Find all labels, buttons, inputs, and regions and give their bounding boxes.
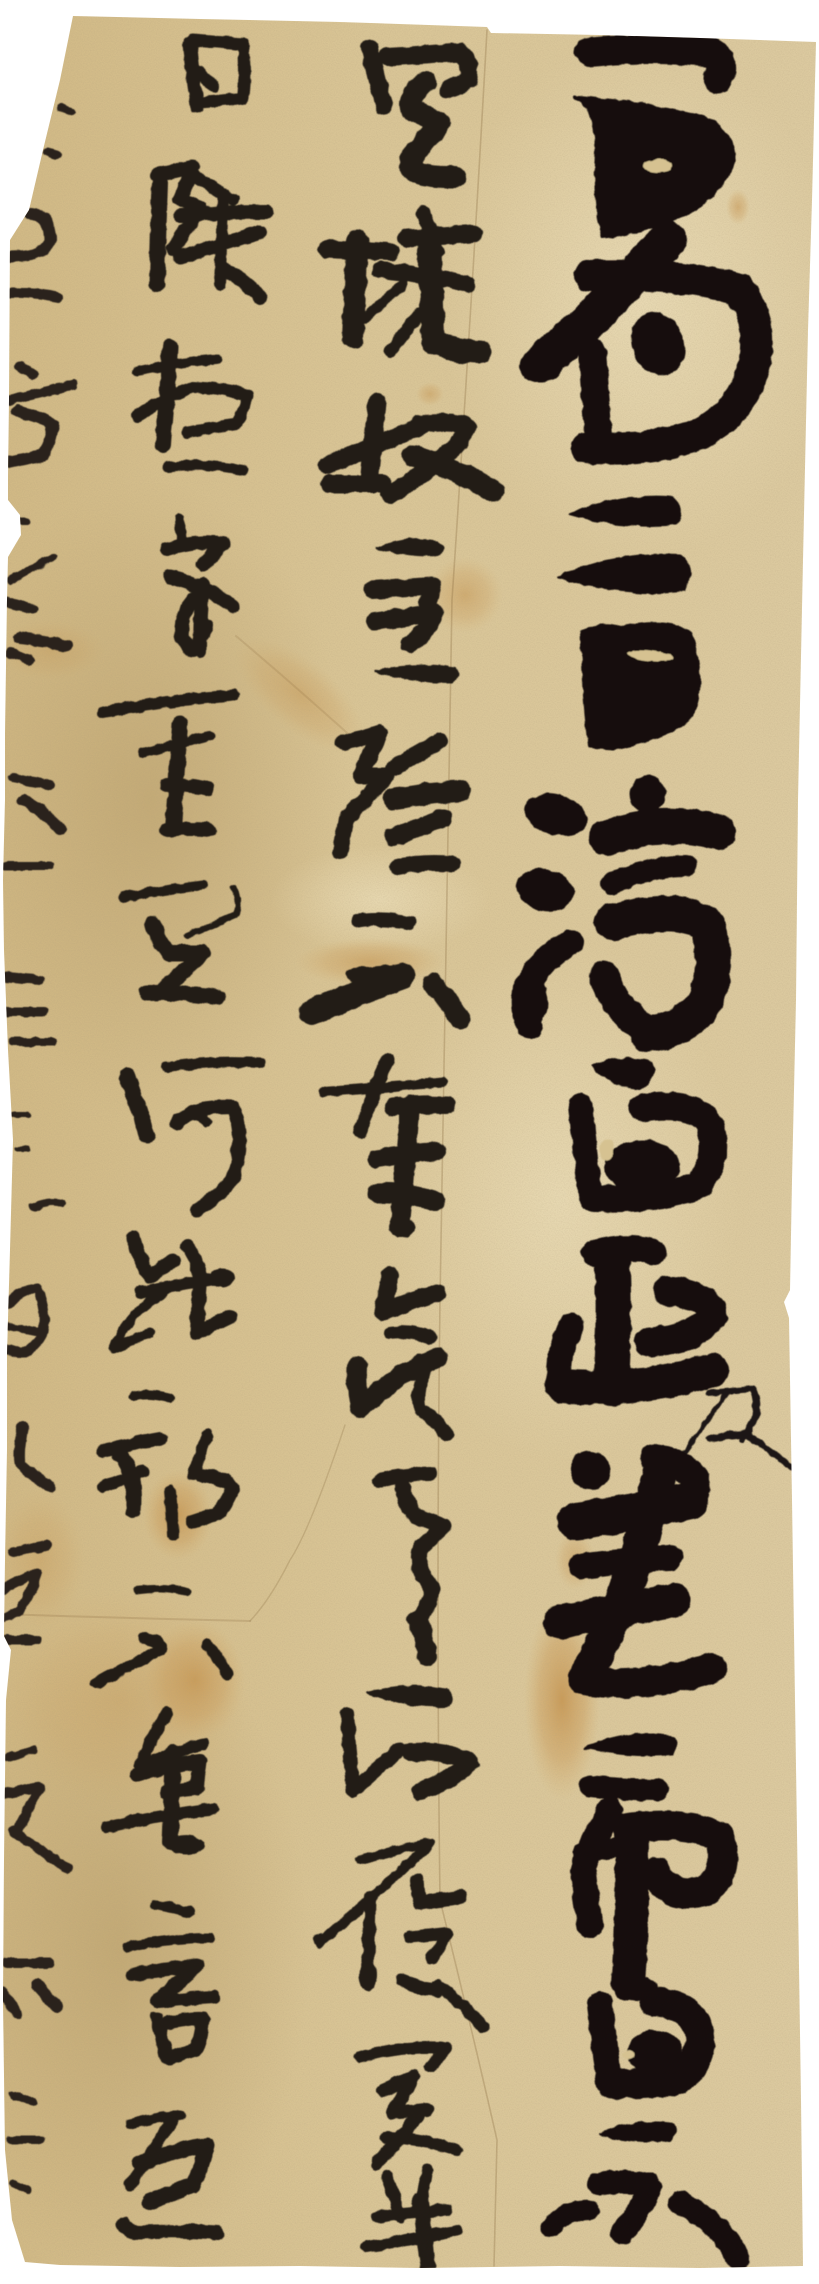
brush-stroke (347, 1713, 353, 1791)
dry-brush-gap (643, 160, 673, 172)
brush-stroke (592, 352, 598, 440)
ink-blot (359, 1959, 377, 1991)
brush-stroke (353, 971, 405, 975)
brush-stroke (628, 1830, 633, 1984)
brush-stroke (33, 1203, 62, 1207)
brush-stroke (180, 518, 181, 542)
brush-stroke (13, 778, 50, 785)
brush-stroke (407, 234, 473, 238)
dry-brush-gap (622, 2051, 634, 2059)
brush-stroke (10, 653, 30, 660)
brush-stroke (157, 183, 160, 285)
brush-stroke (377, 2210, 447, 2217)
brush-stroke (47, 152, 57, 155)
brush-stroke (562, 1370, 712, 1387)
brush-stroke (170, 1753, 173, 1842)
ink-blot (313, 1933, 327, 1947)
brush-stroke (420, 2200, 428, 2266)
dry-brush-gap (600, 1139, 614, 1161)
brush-stroke (10, 293, 58, 297)
brush-stroke (13, 1545, 47, 1552)
brush-stroke (133, 1394, 170, 1398)
brush-stroke (584, 1668, 712, 1683)
brush-stroke (590, 1786, 658, 1790)
brush-stroke (167, 785, 207, 789)
brush-stroke (123, 2224, 217, 2233)
brush-stroke (170, 1491, 173, 1534)
brush-stroke (167, 1062, 260, 1067)
brush-stroke (610, 1258, 613, 1388)
ink-blot (209, 1269, 235, 1287)
brush-stroke (7, 602, 33, 609)
brush-stroke (607, 826, 718, 838)
ink-blot (627, 2030, 683, 2074)
ink-blot (630, 775, 666, 813)
brush-stroke (397, 863, 453, 867)
brush-stroke (708, 1389, 753, 1393)
brush-stroke (390, 1332, 430, 1337)
ink-blot (604, 1140, 680, 1192)
ink-blot (168, 1835, 204, 1855)
brush-stroke (358, 919, 410, 923)
brush-stroke (353, 241, 357, 338)
brush-stroke (60, 108, 72, 112)
brush-stroke (20, 367, 33, 374)
ink-blot (389, 1218, 415, 1238)
brush-stroke (400, 1105, 410, 1226)
ink-blot (519, 349, 563, 383)
brush-stroke (393, 791, 460, 799)
manuscript-svg: 五月二日濟白正羌帝曰示 五 月 二 (0, 0, 819, 2284)
ink-blot (514, 976, 548, 1028)
brush-stroke (173, 724, 180, 830)
brush-stroke (418, 1620, 427, 1656)
brush-stroke (583, 1872, 590, 1925)
brush-stroke (167, 465, 243, 470)
brush-stroke (157, 1905, 190, 1912)
brush-stroke (380, 1474, 430, 1481)
brush-stroke (137, 1588, 187, 1592)
brush-stroke (167, 829, 210, 830)
brush-stroke (7, 977, 40, 980)
brush-stroke (580, 1105, 590, 1195)
manuscript-photo: 五月二日濟白正羌帝曰示 五 月 二 (0, 0, 819, 2284)
brush-stroke (147, 993, 217, 997)
